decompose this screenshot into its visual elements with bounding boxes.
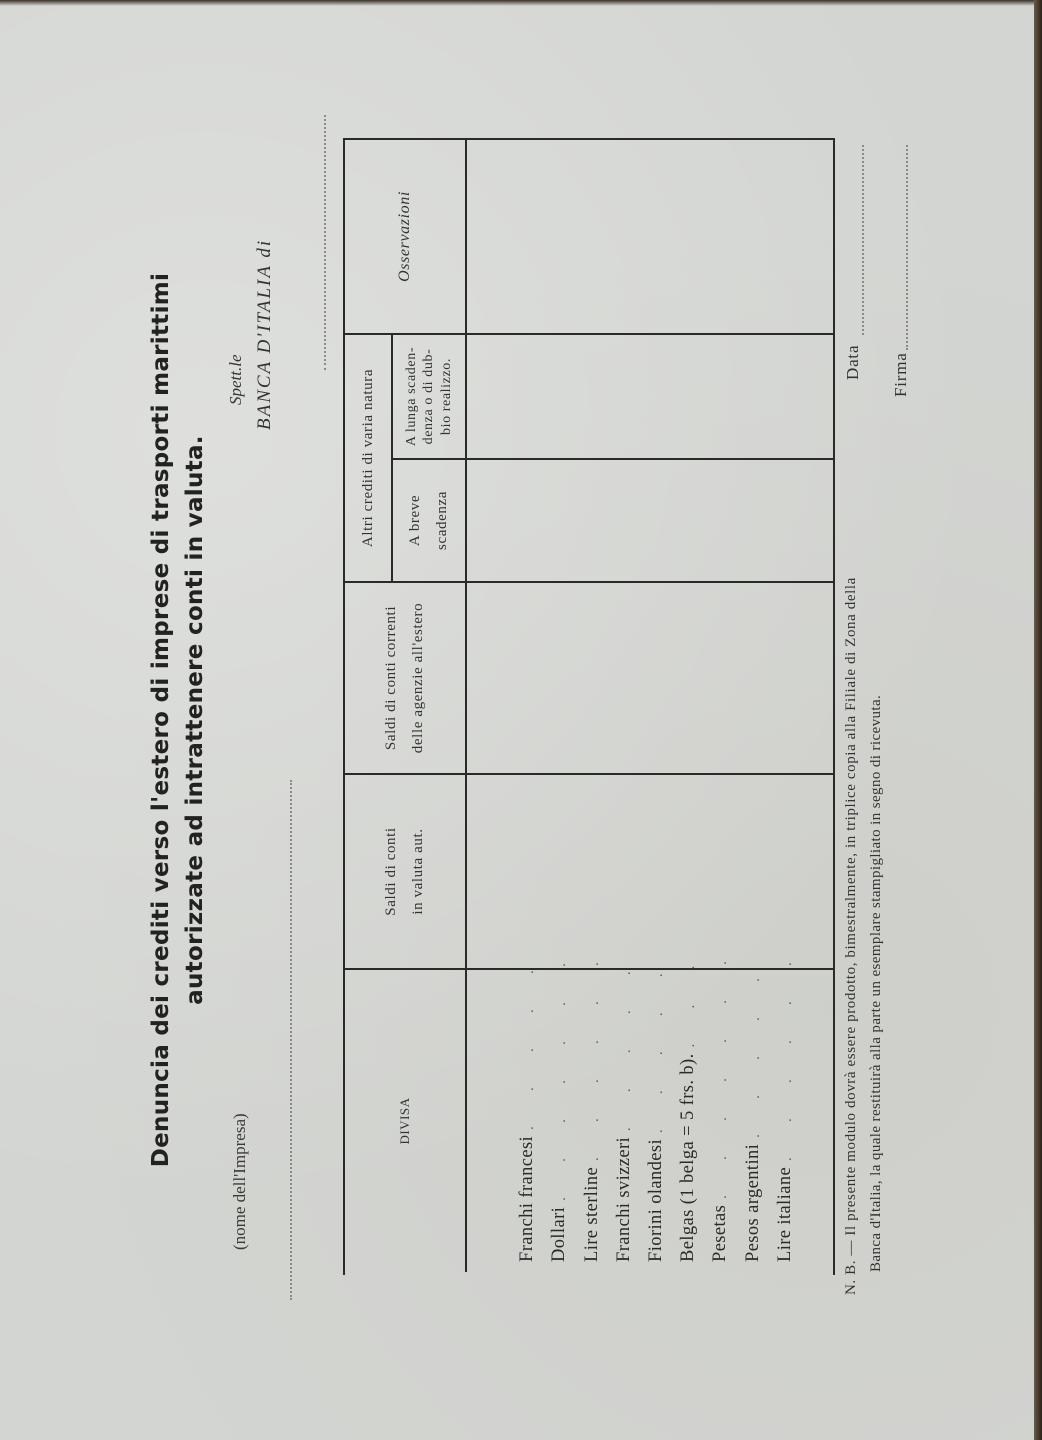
currency-label: Lire italiane [775, 1161, 796, 1262]
header-osservazioni-label: Osservazioni [391, 191, 420, 282]
header-saldi-agenzie-line-1: Saldi di conti correnti [378, 606, 405, 750]
rotated-form-page: Denuncia dei crediti verso l'estero di i… [0, 0, 1042, 1440]
header-saldi-agenzie-line-2: delle agenzie all'estero [405, 603, 432, 753]
form-title-line-2: autorizzate ad intrattenere conti in val… [182, 0, 208, 1440]
currency-label: Pesetas [710, 1199, 731, 1262]
currency-label: Franchi svizzeri [614, 1131, 635, 1262]
currency-label: Dollari [549, 1201, 570, 1262]
header-lunga-line-3: bio realizzo. [438, 358, 456, 435]
date-label: Data [843, 345, 863, 380]
osservazioni-input-area[interactable] [468, 140, 833, 333]
leader-dots: . . . . . . . . . . . . [683, 962, 699, 1047]
header-saldi-valuta-line-1: Saldi di conti [378, 827, 405, 915]
leader-dots: . . . . . . . . . . . . [522, 962, 538, 1130]
leader-dots: . . . . . . . . . . . . [619, 962, 635, 1131]
leader-dots: . . . . . . . . . . . . [651, 962, 667, 1133]
signature-label: Firma [891, 352, 911, 397]
header-breve-line-1: A breve [402, 495, 429, 546]
date-field[interactable] [862, 145, 864, 335]
table-row: Fiorini olandesi. . . . . . . . . . . . [635, 962, 667, 1262]
currency-rows: Franchi francesi. . . . . . . . . . . . … [506, 962, 796, 1262]
table-row: Pesetas. . . . . . . . . . . . [699, 962, 731, 1262]
leader-dots: . . . . . . . . . . . . [587, 962, 603, 1161]
header-lunga-scadenza: A lunga scaden- denza o di dub- bio real… [393, 335, 465, 458]
leader-dots: . . . . . . . . . . . . [554, 962, 570, 1201]
currency-label: Pesos argentini [743, 1138, 764, 1262]
currency-label: Franchi francesi [517, 1130, 538, 1262]
saldi-valuta-input-area[interactable] [468, 775, 833, 968]
breve-scadenza-input-area[interactable] [468, 460, 833, 581]
bank-branch-field[interactable] [324, 115, 326, 370]
company-name-caption: (nome dell'Impresa) [230, 1113, 250, 1250]
header-altri-crediti-label: Altri crediti di varia natura [355, 369, 382, 547]
table-row: Lire sterline. . . . . . . . . . . . [570, 962, 602, 1262]
header-divisa: DIVISA [345, 970, 465, 1272]
addressee-bank: BANCA D'ITALIA di [254, 239, 276, 430]
lunga-scadenza-input-area[interactable] [468, 335, 833, 458]
footnote-line-1: N. B. — Il presente modulo dovrà essere … [843, 577, 860, 1295]
header-osservazioni: Osservazioni [345, 140, 465, 333]
header-saldi-valuta-line-2: in valuta aut. [405, 828, 432, 914]
leader-dots: . . . . . . . . . . . . [780, 962, 796, 1161]
table-row: Belgas (1 belga = 5 frs. b).. . . . . . … [667, 962, 699, 1262]
leader-dots: . . . . . . . . . . . . [748, 962, 764, 1138]
leader-dots: . . . . . . . . . . . . [715, 962, 731, 1199]
table-row: Lire italiane. . . . . . . . . . . . [764, 962, 796, 1262]
table-row: Dollari. . . . . . . . . . . . [538, 962, 570, 1262]
header-saldi-agenzie: Saldi di conti correnti delle agenzie al… [345, 583, 465, 773]
addressee-prefix: Spett.le [226, 354, 246, 405]
table-row: Franchi francesi. . . . . . . . . . . . [506, 962, 538, 1262]
header-breve-line-2: scadenza [429, 491, 456, 550]
header-altri-crediti: Altri crediti di varia natura [345, 335, 391, 581]
table-row: Franchi svizzeri. . . . . . . . . . . . [603, 962, 635, 1262]
footnote-line-2: Banca d'Italia, la quale restituirà alla… [868, 695, 885, 1272]
company-name-field[interactable] [290, 780, 292, 1300]
header-divisa-label: DIVISA [393, 1097, 416, 1144]
header-saldi-valuta: Saldi di conti in valuta aut. [345, 775, 465, 968]
signature-field[interactable] [906, 145, 908, 350]
header-lunga-line-2: denza o di dub- [420, 349, 438, 445]
header-breve-scadenza: A breve scadenza [393, 460, 465, 581]
header-bottom-rule [465, 140, 467, 1272]
currency-label: Lire sterline [582, 1161, 603, 1262]
table-row: Pesos argentini. . . . . . . . . . . . [731, 962, 763, 1262]
header-lunga-line-1: A lunga scaden- [403, 347, 421, 446]
table-bottom-rule [833, 138, 835, 1275]
saldi-agenzie-input-area[interactable] [468, 583, 833, 773]
currency-label: Belgas (1 belga = 5 frs. b). [678, 1047, 699, 1262]
currency-label: Fiorini olandesi [646, 1133, 667, 1262]
form-title-line-1: Denuncia dei crediti verso l'estero di i… [148, 0, 174, 1440]
